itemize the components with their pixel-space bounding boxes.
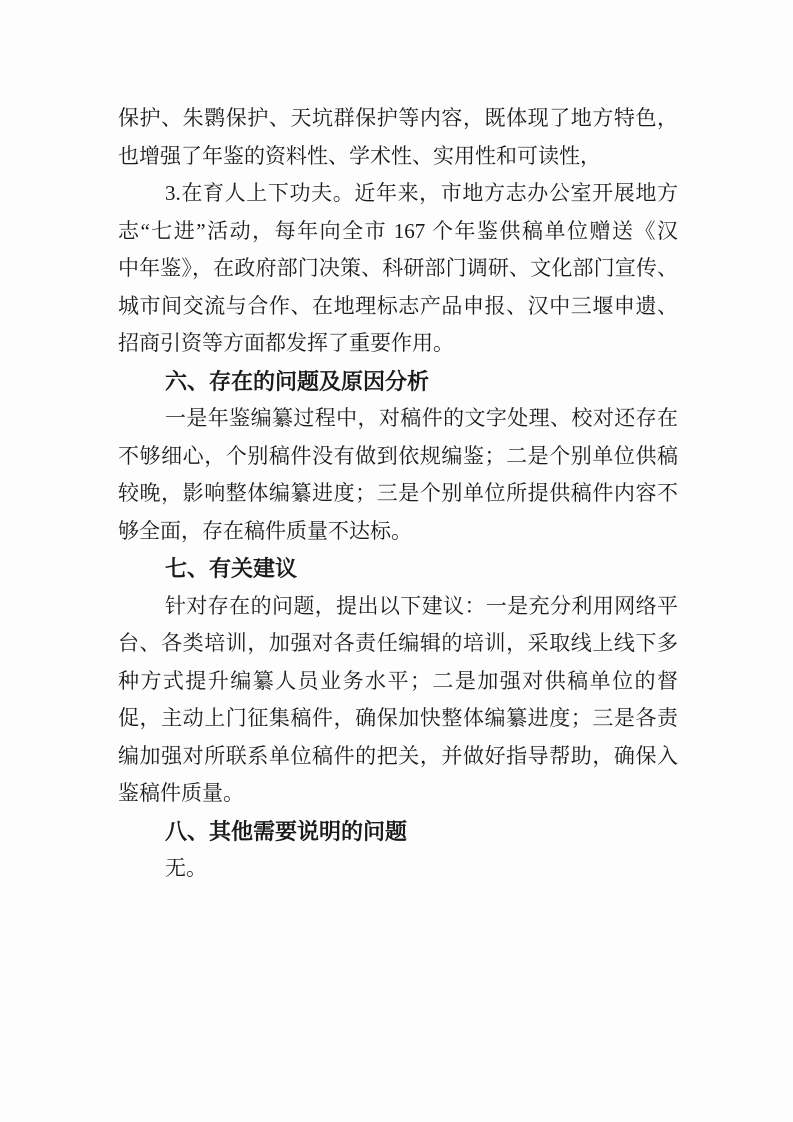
heading-section-seven: 七、有关建议 bbox=[118, 550, 678, 588]
body-line: 种方式提升编纂人员业务水平；二是加强对供稿单位的督 bbox=[118, 663, 678, 701]
body-line: 志“七进”活动，每年向全市 167 个年鉴供稿单位赠送《汉 bbox=[118, 213, 678, 251]
body-line: 够全面，存在稿件质量不达标。 bbox=[118, 513, 678, 551]
body-line: 城市间交流与合作、在地理标志产品申报、汉中三堰申遗、 bbox=[118, 288, 678, 326]
body-line: 3.在育人上下功夫。近年来，市地方志办公室开展地方 bbox=[118, 175, 678, 213]
document-body: 保护、朱鹮保护、天坑群保护等内容，既体现了地方特色， 也增强了年鉴的资料性、学术… bbox=[118, 100, 678, 888]
body-line: 较晚，影响整体编纂进度；三是个别单位所提供稿件内容不 bbox=[118, 475, 678, 513]
body-line: 保护、朱鹮保护、天坑群保护等内容，既体现了地方特色， bbox=[118, 100, 678, 138]
body-line: 中年鉴》，在政府部门决策、科研部门调研、文化部门宣传、 bbox=[118, 250, 678, 288]
body-line: 编加强对所联系单位稿件的把关，并做好指导帮助，确保入 bbox=[118, 738, 678, 776]
body-line: 也增强了年鉴的资料性、学术性、实用性和可读性， bbox=[118, 138, 678, 176]
body-line: 鉴稿件质量。 bbox=[118, 775, 678, 813]
heading-section-eight: 八、其他需要说明的问题 bbox=[118, 813, 678, 851]
body-line: 招商引资等方面都发挥了重要作用。 bbox=[118, 325, 678, 363]
document-page: 保护、朱鹮保护、天坑群保护等内容，既体现了地方特色， 也增强了年鉴的资料性、学术… bbox=[0, 0, 793, 1122]
body-line: 促，主动上门征集稿件，确保加快整体编纂进度；三是各责 bbox=[118, 700, 678, 738]
body-line: 无。 bbox=[118, 850, 678, 888]
body-line: 台、各类培训，加强对各责任编辑的培训，采取线上线下多 bbox=[118, 625, 678, 663]
heading-section-six: 六、存在的问题及原因分析 bbox=[118, 363, 678, 401]
body-line: 不够细心，个别稿件没有做到依规编鉴；二是个别单位供稿 bbox=[118, 438, 678, 476]
body-line: 一是年鉴编纂过程中，对稿件的文字处理、校对还存在 bbox=[118, 400, 678, 438]
body-line: 针对存在的问题，提出以下建议：一是充分利用网络平 bbox=[118, 588, 678, 626]
